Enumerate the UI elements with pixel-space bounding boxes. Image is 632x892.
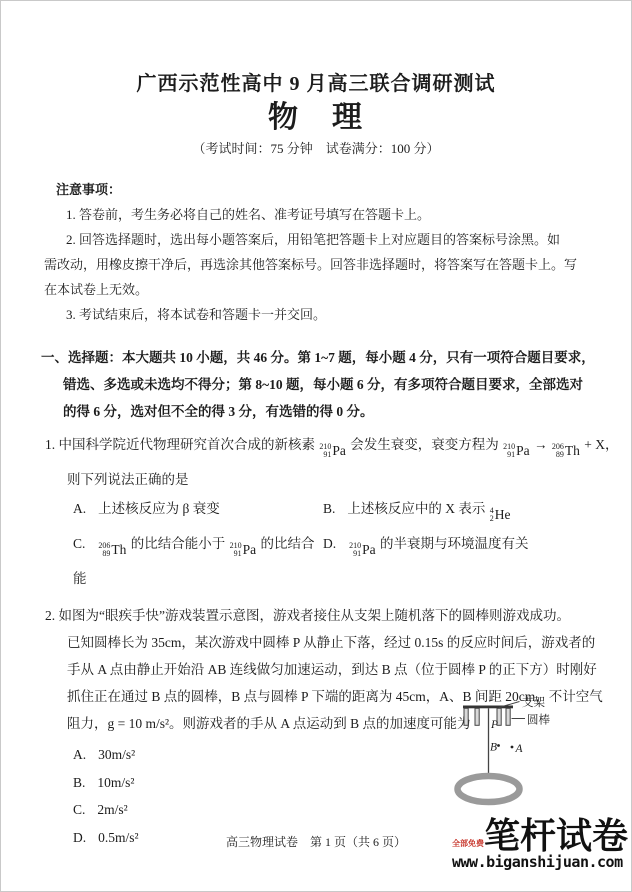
rod-p-label: P xyxy=(490,719,498,731)
notice-section: 注意事项： 1. 答卷前，考生务必将自己的姓名、准考证号填写在答题卡上。 2. … xyxy=(44,177,601,327)
notice-line: 2. 回答选择题时，选出每小题答案后，用铅笔把答题卡上对应题目的答案标号涂黑。如 xyxy=(44,227,601,252)
section1-line: 的得 6 分，选对但不全的得 3 分，有选错的得 0 分。 xyxy=(41,398,605,425)
nuclide-pa: 21091Pa xyxy=(230,535,257,564)
point-a-label: A xyxy=(515,743,524,755)
rod xyxy=(475,708,479,725)
notice-heading: 注意事项： xyxy=(56,177,601,202)
option-1d: D.21091Pa 的半衰期与环境温度有关 xyxy=(323,529,529,593)
arrow-glyph: → xyxy=(534,437,548,452)
watermark-free-tag: 全部免费 xyxy=(452,840,484,848)
point-a-dot xyxy=(511,746,514,749)
nuclide-th: 20689Th xyxy=(552,436,580,465)
rod-label: 圆棒 xyxy=(527,713,550,727)
question-1: 1. 中国科学院近代物理研究首次合成的新核素 21091Pa 会发生衰变，衰变方… xyxy=(45,430,605,593)
question-1-options-row1: A.上述核反应为 β 衰变 B.上述核反应中的 X 表示 42He xyxy=(45,494,605,529)
watermark-url: www.biganshijuan.com xyxy=(452,855,628,870)
section1-line: 错选、多选或未选均不得分；第 8~10 题，每小题 6 分，有多项符合题目要求，… xyxy=(41,371,605,398)
notice-line: 在本试卷上无效。 xyxy=(44,277,601,302)
nuclide-he: 42He xyxy=(490,500,511,529)
nuclide-pa: 21091Pa xyxy=(503,436,530,465)
watermark: 全部免费 笔杆试卷 www.biganshijuan.com xyxy=(452,818,628,870)
point-b-label: B xyxy=(490,742,497,754)
option-1c: C.20689Th 的比结合能小于 21091Pa 的比结合能 xyxy=(73,529,323,593)
notice-line: 需改动，用橡皮擦干净后，再选涂其他答案标号。回答非选择题时，将答案写在答题卡上。… xyxy=(44,252,601,277)
section1-header: 一、选择题：本大题共 10 小题，共 46 分。第 1~7 题，每小题 4 分，… xyxy=(41,344,605,425)
question-2-stem: 已知圆棒长为 35cm，某次游戏中圆棒 P 从静止下落，经过 0.15s 的反应… xyxy=(45,629,605,656)
rod xyxy=(506,708,510,725)
paper-subject: 物 理 xyxy=(1,102,631,134)
question-2-figure: 支架 圆棒 P B A xyxy=(431,677,603,823)
exam-paper-page: 广西示范性高中 9 月高三联合调研测试 物 理 （考试时间：75 分钟 试卷满分… xyxy=(0,0,632,892)
watermark-brand: 笔杆试卷 xyxy=(484,818,628,854)
base-ring xyxy=(458,776,520,802)
exam-info: （考试时间：75 分钟 试卷满分：100 分） xyxy=(1,141,631,156)
section1-line: 一、选择题：本大题共 10 小题，共 46 分。第 1~7 题，每小题 4 分，… xyxy=(41,344,605,371)
paper-header: 广西示范性高中 9 月高三联合调研测试 物 理 （考试时间：75 分钟 试卷满分… xyxy=(1,73,631,156)
question-1-stem-2: 则下列说法正确的是 xyxy=(45,465,605,494)
nuclide-pa: 21091Pa xyxy=(319,436,346,465)
notice-line: 3. 考试结束后，将本试卷和答题卡一并交回。 xyxy=(44,302,601,327)
notice-line: 1. 答卷前，考生务必将自己的姓名、准考证号填写在答题卡上。 xyxy=(44,202,601,227)
bracket-label: 支架 xyxy=(522,695,545,709)
paper-title: 广西示范性高中 9 月高三联合调研测试 xyxy=(1,73,631,95)
question-1-stem: 1. 中国科学院近代物理研究首次合成的新核素 21091Pa 会发生衰变，衰变方… xyxy=(45,430,605,465)
nuclide-th: 20689Th xyxy=(98,535,126,564)
point-b-dot xyxy=(497,744,500,747)
rod xyxy=(464,708,468,725)
question-2-stem: 2. 如图为“眼疾手快”游戏装置示意图，游戏者接住从支架上随机落下的圆棒则游戏成… xyxy=(45,602,605,629)
question-1-options-row2: C.20689Th 的比结合能小于 21091Pa 的比结合能 D.21091P… xyxy=(45,529,605,593)
option-1b: B.上述核反应中的 X 表示 42He xyxy=(323,494,512,529)
nuclide-pa: 21091Pa xyxy=(349,535,376,564)
option-1a: A.上述核反应为 β 衰变 xyxy=(73,494,323,529)
